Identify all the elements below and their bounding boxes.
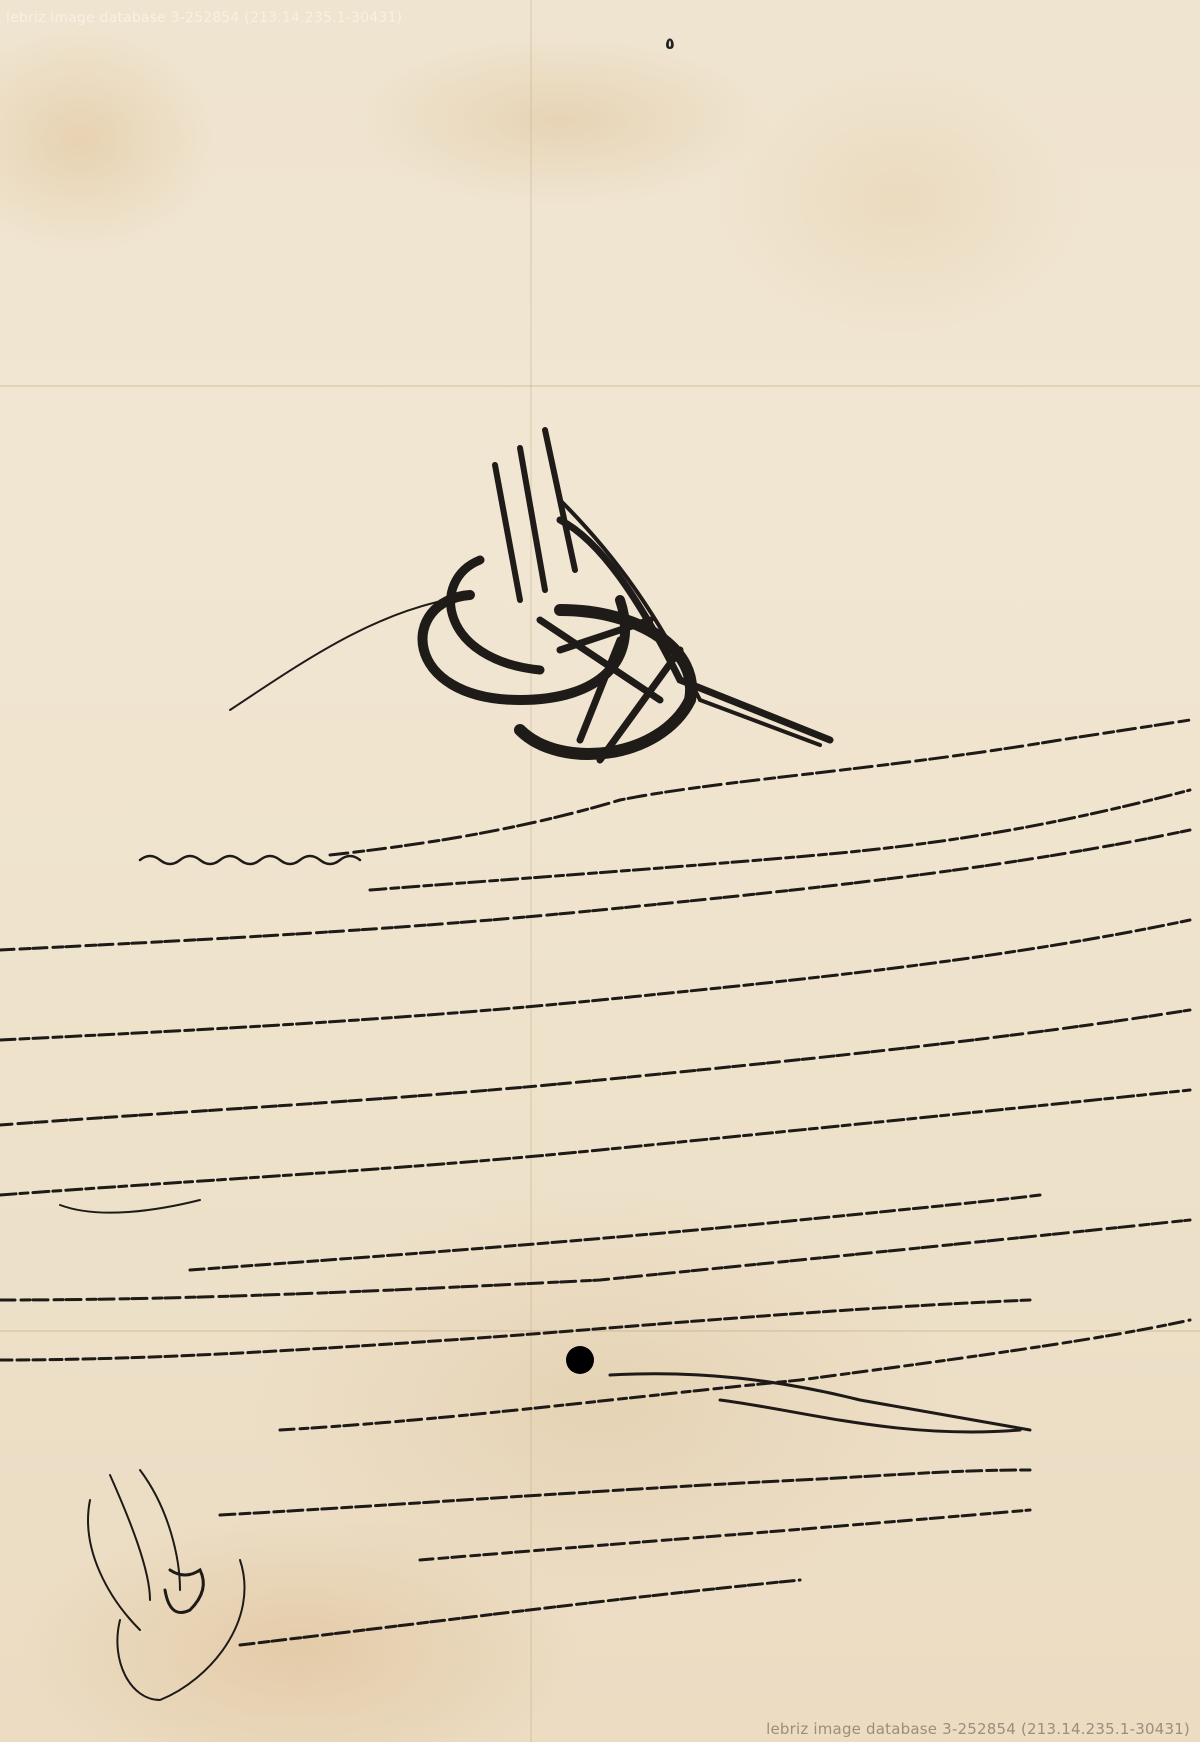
- tughra-icon: [230, 430, 830, 760]
- document-ink: [0, 0, 1200, 1742]
- signature-icon: [88, 1470, 244, 1700]
- watermark-bottom: lebriz image database 3-252854 (213.14.2…: [766, 1720, 1190, 1738]
- text-lines: [0, 720, 1190, 1700]
